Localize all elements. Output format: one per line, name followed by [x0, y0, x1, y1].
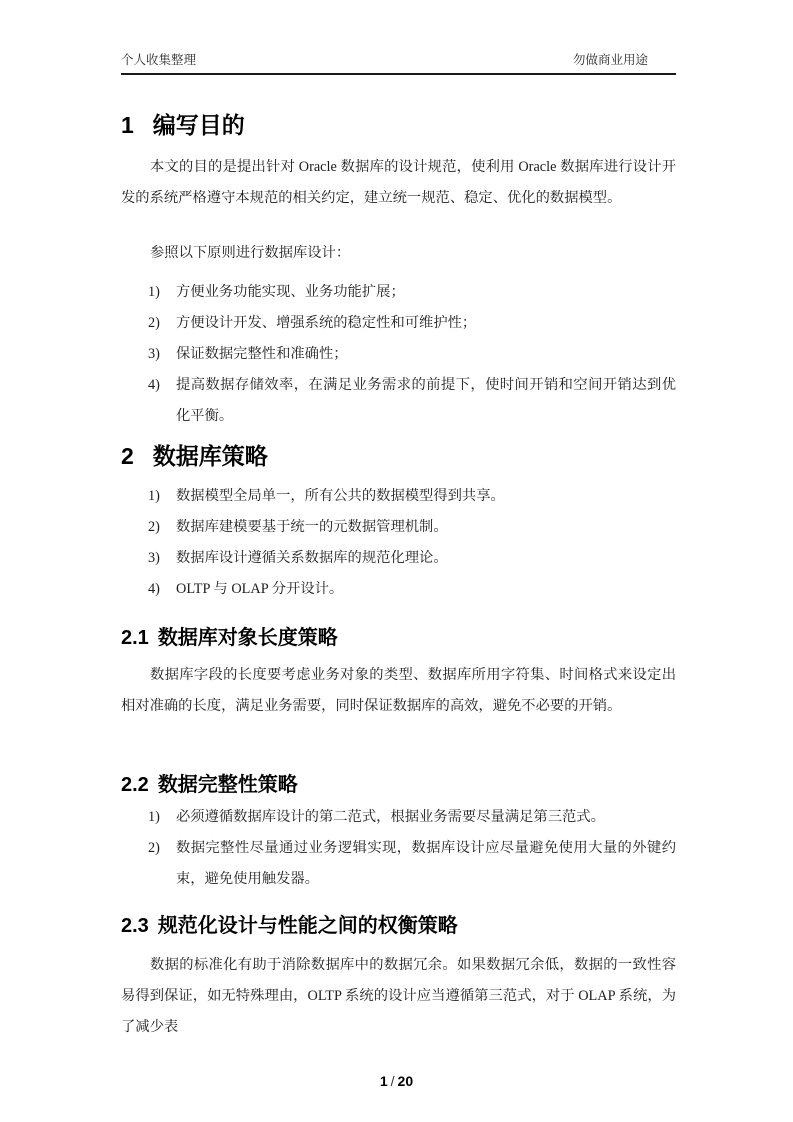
list-item: 2) 方便设计开发、增强系统的稳定性和可维护性； [121, 308, 676, 339]
section-1-heading: 1编写目的 [121, 110, 721, 140]
list-item: 4) OLTP 与 OLAP 分开设计。 [121, 574, 676, 605]
list-item-text: 数据库建模要基于统一的元数据管理机制。 [176, 519, 448, 535]
list-item-text: 提高数据存储效率，在满足业务需求的前提下，使时间开销和空间开销达到优化平衡。 [176, 377, 676, 424]
section-2-3-title: 规范化设计与性能之间的权衡策略 [158, 915, 458, 937]
list-item-text: 数据模型全局单一，所有公共的数据模型得到共享。 [176, 488, 505, 504]
list-item-marker: 1) [148, 277, 160, 308]
section-1-lead-paragraph: 参照以下原则进行数据库设计： [121, 238, 676, 269]
section-2-2-heading: 2.2数据完整性策略 [121, 770, 721, 800]
section-2-1-title: 数据库对象长度策略 [158, 627, 338, 649]
footer-total-pages: 20 [398, 1073, 414, 1089]
list-item-marker: 2) [148, 833, 160, 864]
page-footer: 1/20 [0, 1071, 793, 1091]
section-2-3-number: 2.3 [121, 911, 149, 941]
page-header: 个人收集整理 勿做商业用途 [121, 50, 676, 75]
list-item: 2) 数据库建模要基于统一的元数据管理机制。 [121, 512, 676, 543]
list-item: 3) 保证数据完整性和准确性； [121, 339, 676, 370]
list-item: 2) 数据完整性尽量通过业务逻辑实现，数据库设计应尽量避免使用大量的外键约束，避… [121, 833, 676, 895]
list-item-text: 必须遵循数据库设计的第二范式，根据业务需要尽量满足第三范式。 [176, 809, 605, 825]
list-item-text: 方便业务功能实现、业务功能扩展； [176, 284, 405, 300]
section-2-1-number: 2.1 [121, 623, 149, 653]
list-item-marker: 4) [148, 574, 160, 605]
list-item: 3) 数据库设计遵循关系数据库的规范化理论。 [121, 543, 676, 574]
list-item-marker: 1) [148, 802, 160, 833]
list-item-marker: 3) [148, 339, 160, 370]
section-1-list: 1) 方便业务功能实现、业务功能扩展； 2) 方便设计开发、增强系统的稳定性和可… [121, 277, 676, 432]
header-left-text: 个人收集整理 [121, 50, 196, 68]
list-item: 4) 提高数据存储效率，在满足业务需求的前提下，使时间开销和空间开销达到优化平衡… [121, 370, 676, 432]
section-1-intro-paragraph: 本文的目的是提出针对 Oracle 数据库的设计规范，使利用 Oracle 数据… [121, 152, 676, 214]
list-item: 1) 数据模型全局单一，所有公共的数据模型得到共享。 [121, 481, 676, 512]
section-2-2-title: 数据完整性策略 [158, 774, 298, 796]
section-1-number: 1 [121, 110, 134, 140]
list-item-marker: 2) [148, 308, 160, 339]
list-item-text: 方便设计开发、增强系统的稳定性和可维护性； [176, 315, 476, 331]
footer-page-separator: / [391, 1073, 395, 1089]
list-item-text: 保证数据完整性和准确性； [176, 346, 348, 362]
document-page: { "header": { "left": "个人收集整理", "right":… [0, 0, 793, 1122]
section-2-list: 1) 数据模型全局单一，所有公共的数据模型得到共享。 2) 数据库建模要基于统一… [121, 481, 676, 605]
list-item-text: 数据库设计遵循关系数据库的规范化理论。 [176, 550, 448, 566]
header-right-text: 勿做商业用途 [573, 50, 676, 68]
footer-current-page: 1 [380, 1073, 388, 1089]
section-2-title: 数据库策略 [153, 443, 268, 469]
list-item: 1) 必须遵循数据库设计的第二范式，根据业务需要尽量满足第三范式。 [121, 802, 676, 833]
section-2-number: 2 [121, 441, 134, 471]
list-item-marker: 2) [148, 512, 160, 543]
section-2-3-heading: 2.3规范化设计与性能之间的权衡策略 [121, 911, 721, 941]
list-item-text: OLTP 与 OLAP 分开设计。 [176, 581, 343, 597]
section-2-3-paragraph: 数据的标准化有助于消除数据库中的数据冗余。如果数据冗余低，数据的一致性容易得到保… [121, 950, 676, 1043]
list-item: 1) 方便业务功能实现、业务功能扩展； [121, 277, 676, 308]
list-item-text: 数据完整性尽量通过业务逻辑实现，数据库设计应尽量避免使用大量的外键约束，避免使用… [176, 840, 676, 887]
section-2-heading: 2数据库策略 [121, 441, 721, 471]
section-2-1-heading: 2.1数据库对象长度策略 [121, 623, 721, 653]
section-2-1-paragraph: 数据库字段的长度要考虑业务对象的类型、数据库所用字符集、时间格式来设定出相对准确… [121, 660, 676, 722]
list-item-marker: 3) [148, 543, 160, 574]
section-1-title: 编写目的 [153, 112, 245, 138]
list-item-marker: 4) [148, 370, 160, 401]
section-2-2-list: 1) 必须遵循数据库设计的第二范式，根据业务需要尽量满足第三范式。 2) 数据完… [121, 802, 676, 895]
list-item-marker: 1) [148, 481, 160, 512]
section-2-2-number: 2.2 [121, 770, 149, 800]
